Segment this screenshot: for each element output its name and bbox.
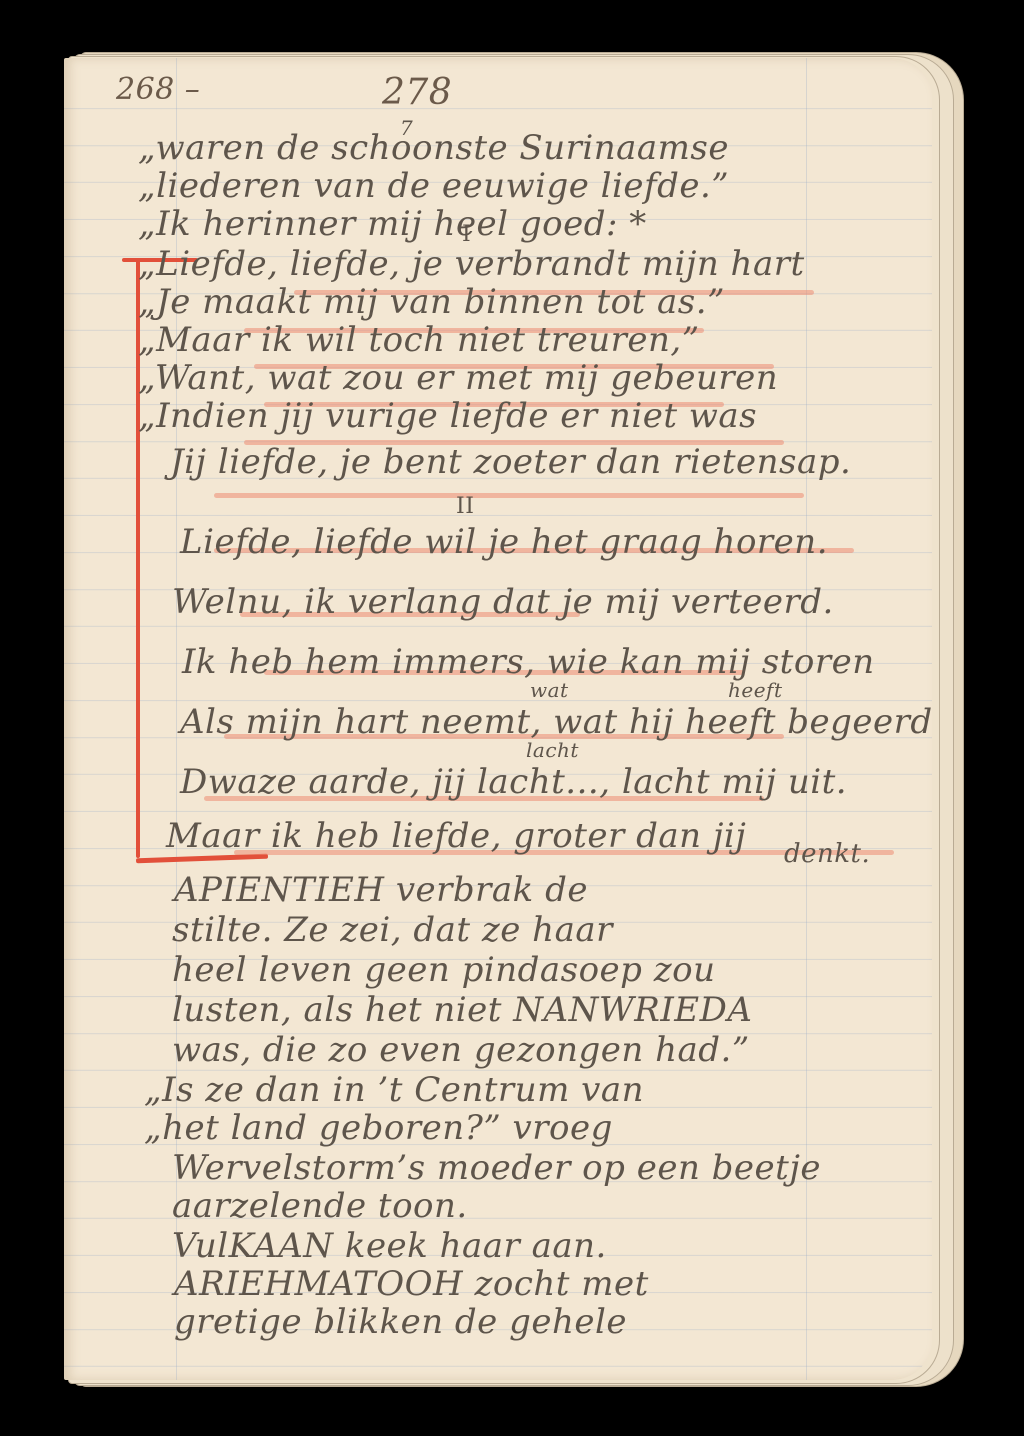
page-number-right: 278 (382, 72, 452, 113)
prose-line: ARIEHMATOOH zocht met (174, 1264, 649, 1304)
prose-line: „Is ze dan in ’t Centrum van (144, 1070, 644, 1110)
poem-line: „Je maakt mij van binnen tot as.” (138, 282, 725, 322)
prose-line: lusten, als het niet NANWRIEDA (172, 990, 752, 1030)
page-number-left: 268 – (116, 72, 200, 107)
prose-line: VulKAAN keek haar aan. (172, 1226, 607, 1266)
prose-line: gretige blikken de gehele (174, 1302, 627, 1342)
prose-line: aarzelende toon. (172, 1186, 468, 1226)
prose-line: was, die zo even gezongen had.” (172, 1030, 750, 1070)
prose-line: stilte. Ze zei, dat ze haar (172, 910, 613, 950)
poem-line: Maar ik heb liefde, groter dan jij (166, 816, 746, 856)
correction-above: heeft (728, 678, 783, 702)
poem-line: „Want, wat zou er met mij gebeuren (138, 358, 778, 398)
section-marker-ii: II (456, 494, 474, 519)
correction-above: lacht (526, 738, 579, 762)
prose-line: „het land geboren?” vroeg (144, 1108, 613, 1148)
poem-line: denkt. (784, 834, 870, 874)
poem-line: Jij liefde, je bent zoeter dan rietensap… (170, 442, 851, 482)
orange-underline (214, 493, 804, 498)
poem-line: Als mijn hart neemt, wat hij heeft begee… (180, 702, 932, 742)
prose-line: APIENTIEH verbrak de (174, 870, 588, 910)
poem-line: Ik heb hem immers, wie kan mij storen (182, 642, 875, 682)
poem-line: Liefde, liefde wil je het graag horen. (180, 522, 828, 562)
poem-line: „waren de schoonste Surinaamse (138, 128, 729, 168)
prose-line: Wervelstorm’s moeder op een beetje (172, 1148, 821, 1188)
poem-line: „Indien jij vurige liefde er niet was (138, 396, 757, 436)
notebook-page: 268 – 278 7 „waren de schoonste Surinaam… (64, 58, 932, 1380)
poem-line: Welnu, ik verlang dat je mij verteerd. (172, 582, 834, 622)
correction-above: wat (530, 678, 569, 702)
poem-line: Dwaze aarde, jij lacht..., lacht mij uit… (180, 762, 847, 802)
prose-line: heel leven geen pindasoep zou (172, 950, 716, 990)
poem-line: „Ik herinner mij heel goed: * (138, 204, 647, 244)
poem-line: „Liefde, liefde, je verbrandt mijn hart (138, 244, 805, 284)
poem-line: „Maar ik wil toch niet treuren,” (138, 320, 700, 360)
poem-line: „liederen van de eeuwige liefde.” (138, 166, 729, 206)
